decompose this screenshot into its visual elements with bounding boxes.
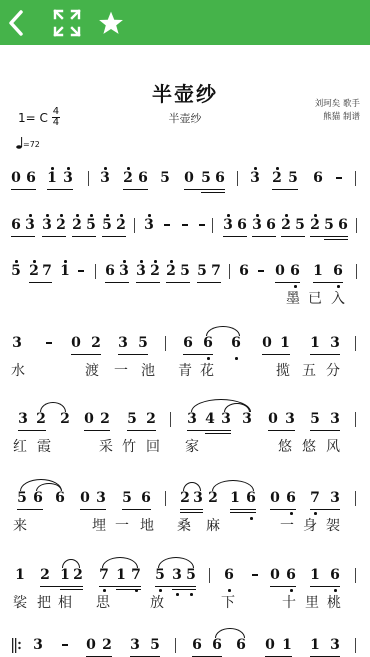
- lyric: 竹: [122, 436, 136, 456]
- note: 0: [86, 637, 96, 653]
- note: 2: [29, 263, 39, 279]
- lyric: 思: [96, 592, 110, 612]
- lyric: 相: [58, 592, 72, 612]
- octave-high-dot: [64, 260, 67, 263]
- beam-underline: [71, 354, 101, 355]
- octave-high-dot: [276, 167, 279, 170]
- note: 1: [60, 567, 70, 583]
- barline: [95, 264, 96, 279]
- beam-underline: [84, 430, 110, 431]
- note: 2: [102, 637, 112, 653]
- note: 5: [324, 217, 334, 233]
- extension-dash: [199, 224, 205, 226]
- key-signature: 1= C 4 4: [18, 107, 60, 128]
- beam-underline: [180, 512, 203, 513]
- octave-high-dot: [29, 214, 32, 217]
- barline: [355, 638, 356, 653]
- note: 6: [11, 217, 21, 233]
- note: 3: [330, 411, 340, 427]
- beam-underline: [11, 189, 36, 190]
- lyric: 渡: [85, 360, 99, 380]
- note: 3: [42, 217, 52, 233]
- lyric: 麻: [206, 515, 220, 535]
- note: 6: [246, 490, 256, 506]
- octave-high-dot: [148, 214, 151, 217]
- note: 3: [285, 411, 295, 427]
- beam-underline: [29, 282, 52, 283]
- beam-underline: [155, 586, 196, 587]
- note: 5: [138, 335, 148, 351]
- barline: [209, 568, 210, 583]
- lyric: 埋: [92, 515, 106, 535]
- barline: [237, 171, 238, 186]
- note: 2: [272, 170, 282, 186]
- beam-underline: [80, 509, 106, 510]
- beam-underline: [270, 586, 296, 587]
- top-toolbar: [0, 0, 370, 45]
- note: 2: [72, 217, 82, 233]
- note: 0: [265, 637, 275, 653]
- note: 0: [268, 411, 278, 427]
- octave-high-dot: [154, 260, 157, 263]
- barline: [355, 491, 356, 506]
- lyric: 放: [150, 592, 164, 612]
- note: 7: [131, 567, 141, 583]
- lyric: 回: [146, 436, 160, 456]
- note: 6: [138, 170, 148, 186]
- octave-high-dot: [60, 214, 63, 217]
- lyric: 分: [326, 360, 340, 380]
- note: 6: [26, 170, 36, 186]
- note: 3: [242, 411, 252, 427]
- score-line-4: 3 0 2 3 5 6 6 6 0 1 1 3 水 渡 一 池 青 花 揽 五 …: [0, 335, 370, 355]
- barline: [165, 491, 166, 506]
- beam-underline: [123, 189, 148, 190]
- note: 3: [187, 411, 197, 427]
- lyric: 家: [185, 436, 199, 456]
- beam-underline: [252, 236, 276, 237]
- note: 0: [270, 567, 280, 583]
- beam-underline: [272, 189, 298, 190]
- note: 6: [313, 170, 323, 186]
- score-line-6: 5 6 6 0 3 5 6 2 3 2 1 6 0 6 7 3 来 埋 一 地 …: [0, 490, 370, 510]
- note: 3: [330, 490, 340, 506]
- barline: [356, 218, 357, 233]
- note: 6: [236, 637, 246, 653]
- note: 6: [183, 335, 193, 351]
- note: 5: [201, 170, 211, 186]
- note: 6: [237, 217, 247, 233]
- octave-high-dot: [46, 214, 49, 217]
- note: 5: [180, 263, 190, 279]
- score-sheet: 半壶纱 半壶纱 1= C 4 4 =72 刘珂矣 歌手 熊猫 制谱 0 6 1 …: [0, 45, 370, 657]
- note: 1: [230, 490, 240, 506]
- note: 5: [160, 170, 170, 186]
- note: 6: [192, 637, 202, 653]
- note: 3: [144, 217, 154, 233]
- beam-underline: [166, 282, 190, 283]
- lyric: 青: [178, 360, 192, 380]
- tie-slur: [62, 559, 80, 568]
- time-signature: 4 4: [52, 107, 60, 128]
- barline: [134, 218, 135, 233]
- lyric: 地: [140, 515, 154, 535]
- lyric: 裟: [13, 592, 27, 612]
- note: 2: [123, 170, 133, 186]
- score-line-8: 3 0 2 3 5 6 6 6 0 1 1 3: [0, 637, 370, 657]
- extension-dash: [164, 224, 170, 226]
- note: 5: [150, 637, 160, 653]
- beam-underline: [17, 509, 43, 510]
- note: 6: [286, 567, 296, 583]
- favorite-button[interactable]: [96, 0, 126, 45]
- note: 7: [310, 490, 320, 506]
- tie-slur: [158, 557, 194, 568]
- note: 2: [100, 411, 110, 427]
- note: 2: [60, 411, 70, 427]
- beam-underline: [99, 586, 141, 587]
- lyric: 桃: [327, 592, 341, 612]
- note: 0: [184, 170, 194, 186]
- octave-high-dot: [33, 260, 36, 263]
- note: 3: [12, 335, 22, 351]
- beam-underline: [230, 512, 256, 513]
- note: 2: [116, 217, 126, 233]
- lyric: 袈: [326, 515, 340, 535]
- octave-high-dot: [254, 167, 257, 170]
- note: 6: [266, 217, 276, 233]
- octave-high-dot: [51, 167, 54, 170]
- note: 6: [286, 490, 296, 506]
- beam-underline: [172, 589, 196, 590]
- lyric: 已: [308, 288, 322, 308]
- note: 6: [239, 263, 249, 279]
- barline: [175, 638, 176, 653]
- singer-credit: 刘珂矣 歌手: [315, 98, 360, 111]
- note: 3: [18, 411, 28, 427]
- beam-underline: [324, 239, 348, 240]
- lyric: 揽: [276, 360, 290, 380]
- octave-high-dot: [123, 260, 126, 263]
- lyric: 把: [37, 592, 51, 612]
- note: 5: [11, 263, 21, 279]
- note: 7: [42, 263, 52, 279]
- note: 2: [73, 567, 83, 583]
- lyric: 悠: [278, 436, 292, 456]
- back-button[interactable]: [2, 0, 30, 45]
- note: 6: [215, 170, 225, 186]
- tie-slur: [102, 557, 138, 568]
- extension-dash: [46, 342, 52, 344]
- barline: [355, 171, 356, 186]
- octave-low-dot: [190, 593, 193, 596]
- beam-underline: [18, 430, 46, 431]
- note: 1: [310, 335, 320, 351]
- beam-underline: [262, 354, 290, 355]
- beam-underline: [42, 236, 66, 237]
- note: 3: [33, 637, 43, 653]
- note: 3: [136, 263, 146, 279]
- note: 1: [310, 567, 320, 583]
- note: 1: [282, 637, 292, 653]
- lyric: 墨: [286, 288, 300, 308]
- note: 2: [36, 411, 46, 427]
- barline: [170, 412, 171, 427]
- note: 5: [288, 170, 298, 186]
- extension-dash: [182, 224, 188, 226]
- note: 1: [313, 263, 323, 279]
- beam-underline: [72, 236, 96, 237]
- beam-underline: [310, 586, 340, 587]
- note: 5: [295, 217, 305, 233]
- lyric: 红: [13, 436, 27, 456]
- note: 5: [197, 263, 207, 279]
- barline: [229, 264, 230, 279]
- note: 1: [116, 567, 126, 583]
- note: 2: [166, 263, 176, 279]
- lyric: 花: [200, 360, 214, 380]
- lyric: 一: [114, 360, 128, 380]
- note: 2: [91, 335, 101, 351]
- quarter-note-icon: [16, 137, 23, 149]
- lyric: 一: [115, 515, 129, 535]
- note: 2: [40, 567, 50, 583]
- note: 3: [250, 170, 260, 186]
- note: 1: [310, 637, 320, 653]
- barline: [355, 568, 356, 583]
- note: 1: [15, 567, 25, 583]
- chevron-left-icon: [7, 10, 25, 36]
- tie-slur: [183, 482, 201, 491]
- expand-arrows-icon: [51, 7, 83, 39]
- beam-underline: [116, 589, 141, 590]
- octave-high-dot: [90, 214, 93, 217]
- beam-underline: [136, 282, 160, 283]
- lyric: 身: [303, 515, 317, 535]
- lyric: 桑: [177, 515, 191, 535]
- note: 7: [211, 263, 221, 279]
- fullscreen-button[interactable]: [48, 0, 86, 45]
- octave-high-dot: [170, 260, 173, 263]
- beam-underline: [47, 189, 73, 190]
- beam-underline: [11, 236, 35, 237]
- star-icon: [98, 10, 124, 36]
- note: 3: [130, 637, 140, 653]
- extension-dash: [336, 177, 342, 179]
- lyric: 池: [141, 360, 155, 380]
- note: 2: [310, 217, 320, 233]
- note: 0: [80, 490, 90, 506]
- beam-underline: [275, 282, 300, 283]
- note: 0: [270, 490, 280, 506]
- beam-underline: [180, 509, 203, 510]
- note: 3: [119, 263, 129, 279]
- note: 2: [146, 411, 156, 427]
- octave-low-dot: [176, 593, 179, 596]
- note: 3: [252, 217, 262, 233]
- octave-high-dot: [106, 214, 109, 217]
- beam-underline: [201, 192, 225, 193]
- octave-low-dot: [235, 357, 238, 360]
- transcriber-credit: 熊猫 制谱: [315, 111, 360, 124]
- beam-underline: [184, 189, 225, 190]
- beam-underline: [223, 236, 247, 237]
- note: 0: [71, 335, 81, 351]
- note: 5: [155, 567, 165, 583]
- score-line-2: 6 3 3 2 2 5 5 2 3 3 6 3 6 2 5 2 5 6: [0, 217, 370, 237]
- lyric: 五: [302, 360, 316, 380]
- note: 1: [47, 170, 57, 186]
- note: 3: [96, 490, 106, 506]
- beam-underline: [268, 430, 295, 431]
- barline: [355, 412, 356, 427]
- lyric: 入: [331, 288, 345, 308]
- note: 6: [105, 263, 115, 279]
- beam-underline: [127, 430, 156, 431]
- score-line-1: 0 6 1 3 3 2 6 5 0 5 6 3 2 5 6: [0, 170, 370, 190]
- octave-high-dot: [256, 214, 259, 217]
- note: 5: [102, 217, 112, 233]
- key-label: 1= C: [18, 111, 48, 125]
- barline: [356, 264, 357, 279]
- note: 6: [231, 335, 241, 351]
- note: 6: [203, 335, 213, 351]
- extension-dash: [62, 644, 68, 646]
- beam-underline: [281, 236, 305, 237]
- note: 6: [33, 490, 43, 506]
- lyric: 十: [282, 592, 296, 612]
- note: 6: [338, 217, 348, 233]
- lyric: 里: [305, 592, 319, 612]
- octave-low-dot: [250, 517, 253, 520]
- beam-underline: [310, 236, 348, 237]
- note: 2: [150, 263, 160, 279]
- beam-underline: [102, 236, 126, 237]
- note: 4: [205, 411, 215, 427]
- note: 6: [224, 567, 234, 583]
- lyric: 悠: [302, 436, 316, 456]
- note: 6: [55, 490, 65, 506]
- barline: [88, 171, 89, 186]
- octave-high-dot: [314, 214, 317, 217]
- note: 2: [208, 490, 218, 506]
- beam-underline: [60, 589, 83, 590]
- extension-dash: [78, 270, 84, 272]
- lyric: 霞: [37, 436, 51, 456]
- octave-high-dot: [285, 214, 288, 217]
- note: 6: [333, 263, 343, 279]
- beam-underline: [183, 354, 213, 355]
- note: 2: [56, 217, 66, 233]
- octave-high-dot: [227, 214, 230, 217]
- note: 3: [172, 567, 182, 583]
- octave-high-dot: [120, 214, 123, 217]
- beam-underline: [197, 282, 221, 283]
- note: 3: [118, 335, 128, 351]
- lyric: 水: [11, 360, 25, 380]
- beam-underline: [310, 430, 340, 431]
- octave-high-dot: [76, 214, 79, 217]
- beam-underline: [230, 509, 256, 510]
- note: 5: [17, 490, 27, 506]
- note: 0: [275, 263, 285, 279]
- note: 6: [290, 263, 300, 279]
- octave-high-dot: [15, 260, 18, 263]
- note: 3: [193, 490, 203, 506]
- beam-underline: [310, 509, 340, 510]
- beam-underline: [205, 433, 231, 434]
- note: 3: [63, 170, 73, 186]
- octave-high-dot: [67, 167, 70, 170]
- note: 1: [280, 335, 290, 351]
- note: 6: [141, 490, 151, 506]
- beam-underline: [187, 430, 231, 431]
- octave-high-dot: [140, 260, 143, 263]
- note: 3: [221, 411, 231, 427]
- note: 3: [330, 335, 340, 351]
- barline: [355, 336, 356, 351]
- note: 3: [223, 217, 233, 233]
- beam-underline: [313, 282, 343, 283]
- note: 2: [180, 490, 190, 506]
- barline: [212, 218, 213, 233]
- note: 5: [127, 411, 137, 427]
- note: 3: [100, 170, 110, 186]
- note: 0: [262, 335, 272, 351]
- octave-high-dot: [127, 167, 130, 170]
- lyric: 风: [326, 436, 340, 456]
- note: 1: [60, 263, 70, 279]
- tempo-marking: =72: [16, 137, 40, 149]
- note: 0: [84, 411, 94, 427]
- score-line-5: 3 2 2 0 2 5 2 3 4 3 3 0 3 5 3 红 霞 采 竹 回 …: [0, 411, 370, 431]
- lyric: 来: [13, 515, 27, 535]
- credits: 刘珂矣 歌手 熊猫 制谱: [315, 98, 360, 124]
- lyric: 采: [99, 436, 113, 456]
- note: 7: [99, 567, 109, 583]
- note: 3: [330, 637, 340, 653]
- note: 0: [11, 170, 21, 186]
- score-line-3: 5 2 7 1 6 3 3 2 2 5 5 7 6 0 6 1 6 墨 已 入: [0, 263, 370, 283]
- note: 2: [281, 217, 291, 233]
- extension-dash: [258, 270, 264, 272]
- beam-underline: [122, 509, 151, 510]
- note: 5: [186, 567, 196, 583]
- repeat-start-icon: [12, 638, 24, 653]
- note: 6: [330, 567, 340, 583]
- extension-dash: [252, 574, 258, 576]
- beam-underline: [118, 354, 148, 355]
- note: 3: [25, 217, 35, 233]
- score-line-7: 1 2 1 2 7 1 7 5 3 5 6 0 6 1 6 裟 把 相 思 放 …: [0, 567, 370, 587]
- beam-underline: [105, 282, 129, 283]
- note: 6: [212, 637, 222, 653]
- note: 5: [86, 217, 96, 233]
- lyric: 一: [280, 515, 294, 535]
- barline: [165, 336, 166, 351]
- octave-high-dot: [104, 167, 107, 170]
- note: 5: [310, 411, 320, 427]
- beam-underline: [270, 509, 296, 510]
- lyric: 下: [221, 592, 235, 612]
- beam-underline: [310, 354, 340, 355]
- beam-underline: [40, 586, 83, 587]
- note: 5: [122, 490, 132, 506]
